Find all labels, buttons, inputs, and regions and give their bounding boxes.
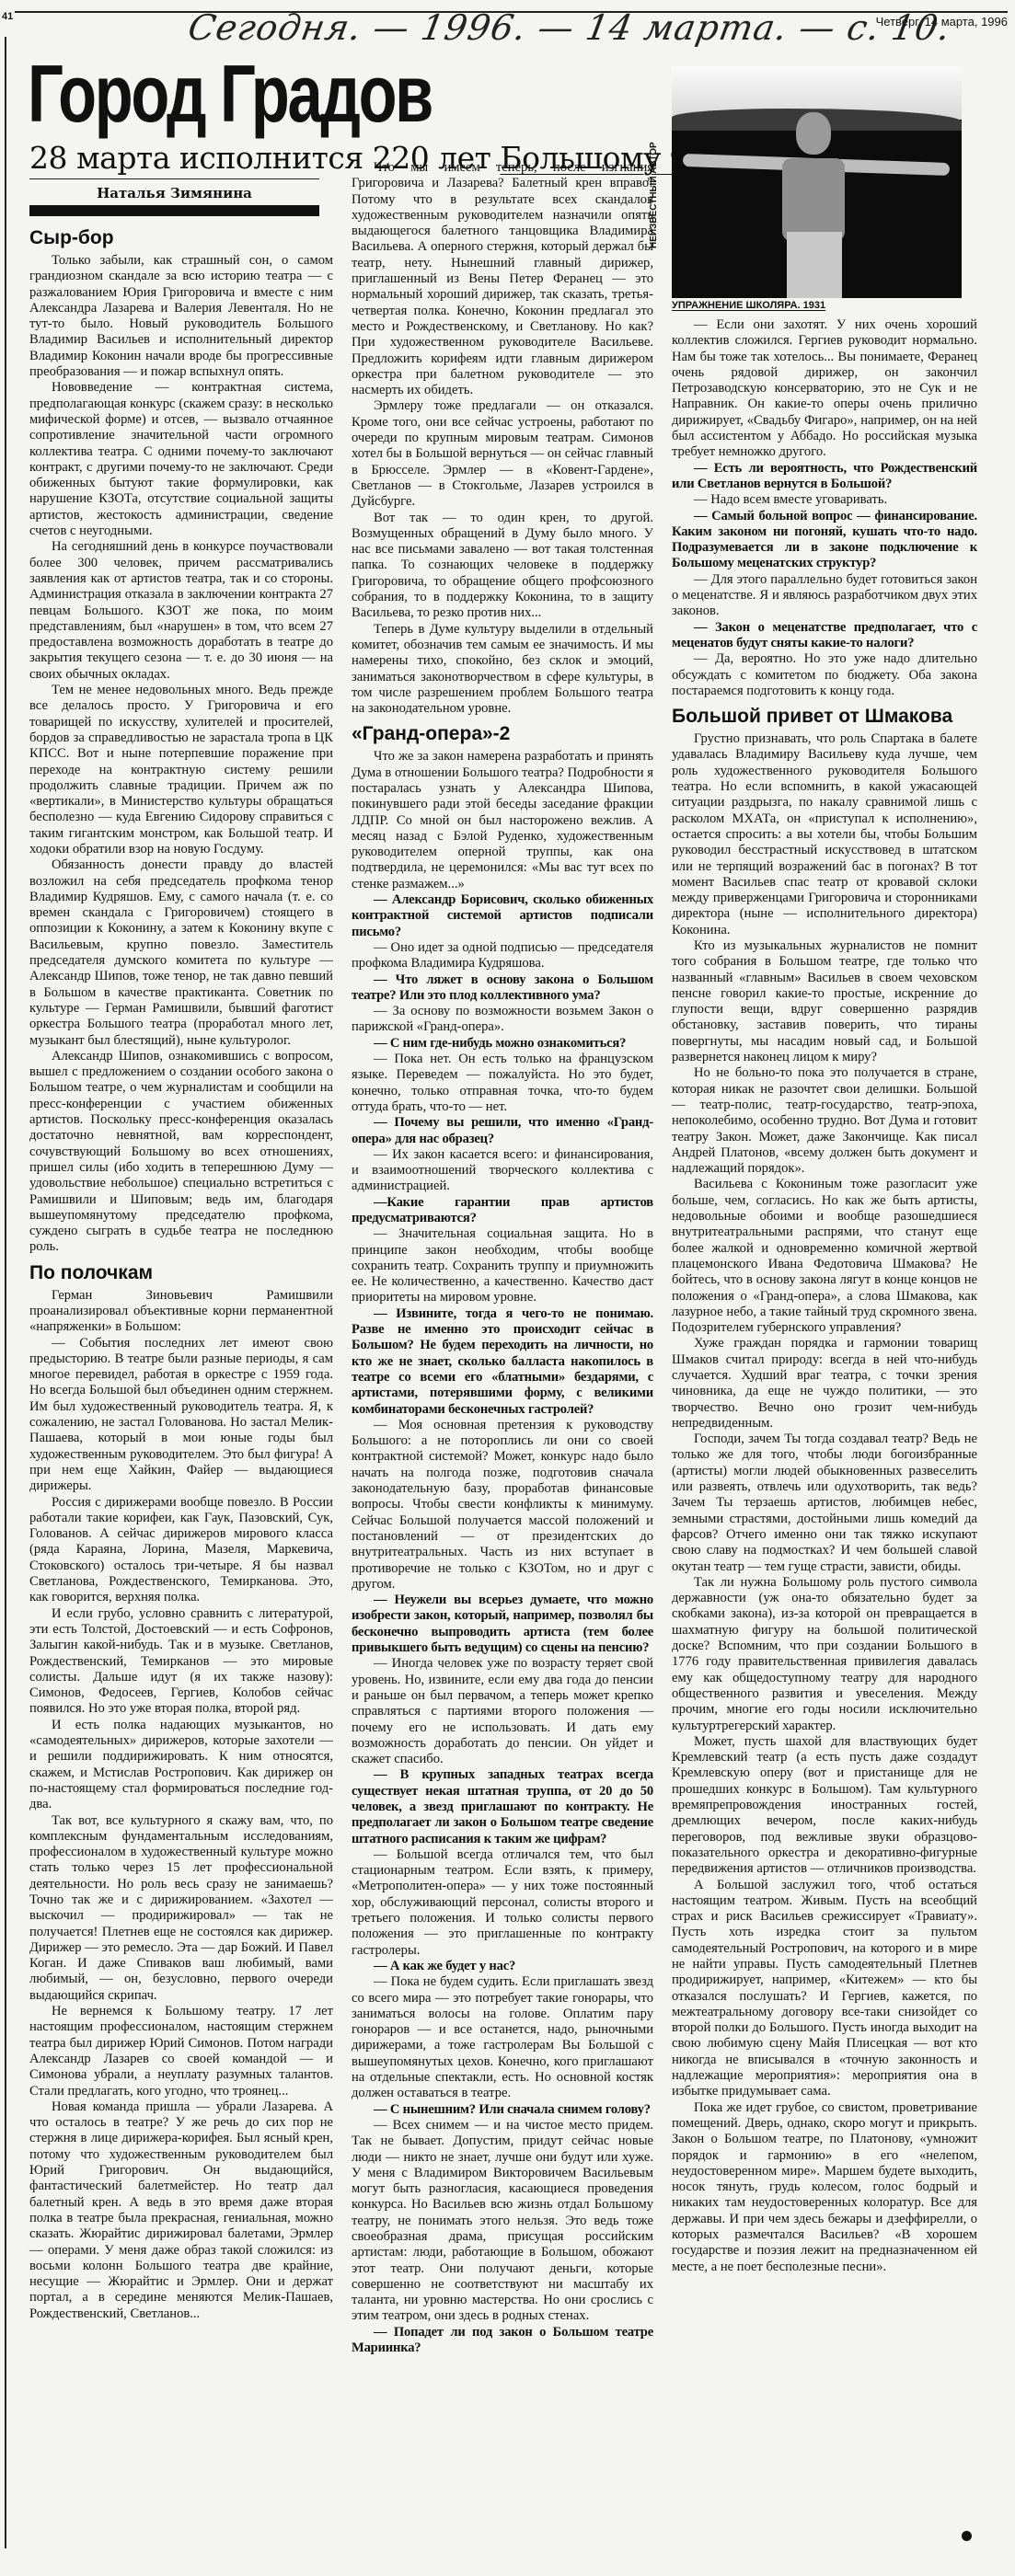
paragraph: — За основу по возможности возьмем Закон… bbox=[352, 1004, 653, 1036]
paragraph: — Их закон касается всего: и финансирова… bbox=[352, 1147, 653, 1195]
interview-question: — Самый больной вопрос — финансирование.… bbox=[672, 509, 977, 572]
paragraph: Эрмлеру тоже предлагали — он отказался. … bbox=[352, 398, 653, 510]
paragraph: Только забыли, как страшный сон, о самом… bbox=[29, 253, 333, 380]
article-column-3: — Если они захотят. У них очень хороший … bbox=[672, 317, 977, 2275]
paragraph: Так ли нужна Большому роль пустого симво… bbox=[672, 1575, 977, 1734]
photo-caption: УПРАЖНЕНИЕ ШКОЛЯРА. 1931 bbox=[672, 300, 825, 311]
paragraph: Пока же идет грубое, со свистом, проветр… bbox=[672, 2100, 977, 2275]
paragraph: — Пока нет. Он есть только на французско… bbox=[352, 1052, 653, 1115]
paragraph: — События последних лет имеют свою преды… bbox=[29, 1336, 333, 1495]
section-heading: По полочкам bbox=[29, 1261, 333, 1285]
paragraph: — Большой всегда отличался тем, что был … bbox=[352, 1847, 653, 1959]
interview-question: — Попадет ли под закон о Большом театре … bbox=[352, 2325, 653, 2357]
section-heading: «Гранд-опера»-2 bbox=[352, 722, 653, 746]
interview-question: — С нынешним? Или сначала снимем голову? bbox=[352, 2102, 653, 2118]
interview-question: — В крупных западных театрах всегда суще… bbox=[352, 1767, 653, 1846]
paragraph: — Значительная социальная защита. Но в п… bbox=[352, 1226, 653, 1305]
paragraph: — Если они захотят. У них очень хороший … bbox=[672, 317, 977, 461]
paragraph: — Для этого параллельно будет готовиться… bbox=[672, 572, 977, 620]
paragraph: Теперь в Думе культуру выделили в отдель… bbox=[352, 622, 653, 718]
paragraph: — Всех снимем — и на чистое место придем… bbox=[352, 2118, 653, 2325]
headline: Город Градов bbox=[28, 48, 432, 140]
interview-question: — Закон о меценатстве предполагает, что … bbox=[672, 620, 977, 652]
paragraph: Не вернемся к Большому театру. 17 лет на… bbox=[29, 2004, 333, 2099]
interview-question: — С ним где-нибудь можно ознакомиться? bbox=[352, 1036, 653, 1052]
paragraph: Россия с дирижерами вообще повезло. В Ро… bbox=[29, 1495, 333, 1606]
photo-head bbox=[796, 112, 831, 155]
byline-block: Наталья Зимянина bbox=[29, 178, 319, 216]
paragraph: Но не больно-то пока это получается в ст… bbox=[672, 1065, 977, 1177]
divider bbox=[29, 178, 319, 179]
section-heading: Сыр-бор bbox=[29, 226, 333, 250]
interview-question: — Извините, тогда я чего-то не понимаю. … bbox=[352, 1306, 653, 1418]
handwritten-citation: Сегодня. — 1996. — 14 марта. — с. 10. bbox=[185, 7, 954, 48]
paragraph: — Оно идет за одной подписью — председат… bbox=[352, 940, 653, 972]
paragraph: Что же за закон намерена разработать и п… bbox=[352, 749, 653, 892]
left-margin-rule bbox=[5, 37, 6, 2548]
photo-shorts bbox=[787, 232, 842, 298]
interview-question: — Александр Борисович, сколько обиженных… bbox=[352, 892, 653, 940]
interview-question: — Что ляжет в основу закона о Большом те… bbox=[352, 972, 653, 1005]
interview-question: — А как же будет у нас? bbox=[352, 1959, 653, 1974]
paragraph: Так вот, все культурного я скажу вам, чт… bbox=[29, 1813, 333, 2005]
paragraph: А Большой заслужил того, чтоб остаться н… bbox=[672, 1878, 977, 2100]
paragraph: Нововведение — контрактная система, пред… bbox=[29, 380, 333, 539]
page-number: 41 bbox=[2, 11, 13, 22]
paragraph: Герман Зиновьевич Рамишвили проанализиро… bbox=[29, 1288, 333, 1336]
paragraph: Грустно признавать, что роль Спартака в … bbox=[672, 731, 977, 938]
paragraph: И есть полка надающих музыкантов, но «са… bbox=[29, 1718, 333, 1813]
paragraph: Может, пусть шахой для властвующих будет… bbox=[672, 1734, 977, 1878]
paragraph: Кто из музыкальных журналистов не помнит… bbox=[672, 938, 977, 1065]
interview-question: — Есть ли вероятность, что Рождественски… bbox=[672, 461, 977, 493]
paragraph: — Иногда человек уже по возрасту теряет … bbox=[352, 1656, 653, 1767]
paragraph: Тем не менее недовольных много. Ведь пре… bbox=[29, 683, 333, 857]
paragraph: Хуже граждан порядка и гармонии товарищ … bbox=[672, 1336, 977, 1432]
paragraph: Вот так — то один крен, то другой. Возму… bbox=[352, 511, 653, 622]
end-of-article-mark bbox=[962, 2531, 972, 2541]
paragraph: Обязанность донести правду до властей во… bbox=[29, 857, 333, 1049]
paragraph: Что мы имеем теперь, после изгнания Григ… bbox=[352, 160, 653, 398]
paragraph: — Моя основная претензия к руководству Б… bbox=[352, 1418, 653, 1593]
paragraph: Васильева с Кокониным тоже разогласит уж… bbox=[672, 1177, 977, 1336]
section-heading: Большой привет от Шмакова bbox=[672, 705, 977, 729]
paragraph: — Да, вероятно. Но это уже надо длительн… bbox=[672, 651, 977, 699]
paragraph: И если грубо, условно сравнить с литерат… bbox=[29, 1606, 333, 1718]
photo-torso bbox=[782, 158, 845, 241]
article-column-2: Что мы имеем теперь, после изгнания Григ… bbox=[352, 160, 653, 2356]
byline: Наталья Зимянина bbox=[29, 185, 319, 201]
dateline: Четверг, 14 марта, 1996 bbox=[876, 15, 1008, 29]
paragraph: Новая команда пришла — убрали Лазарева. … bbox=[29, 2099, 333, 2322]
divider-bar bbox=[29, 205, 319, 216]
paragraph: — Надо всем вместе уговаривать. bbox=[672, 492, 977, 508]
paragraph: Господи, зачем Ты тогда создавал театр? … bbox=[672, 1432, 977, 1575]
article-column-1: Сыр-борТолько забыли, как страшный сон, … bbox=[29, 221, 333, 2322]
interview-question: — Неужели вы всерьез думаете, что можно … bbox=[352, 1593, 653, 1656]
paragraph: Александр Шипов, ознакомившись с вопросо… bbox=[29, 1049, 333, 1256]
paragraph: — Пока не будем судить. Если приглашать … bbox=[352, 1974, 653, 2101]
photo bbox=[672, 66, 962, 298]
interview-question: — Почему вы решили, что именно «Гранд-оп… bbox=[352, 1115, 653, 1147]
interview-question: —Какие гарантии прав артистов предусматр… bbox=[352, 1195, 653, 1227]
paragraph: На сегодняшний день в конкурсе поучаство… bbox=[29, 539, 333, 683]
